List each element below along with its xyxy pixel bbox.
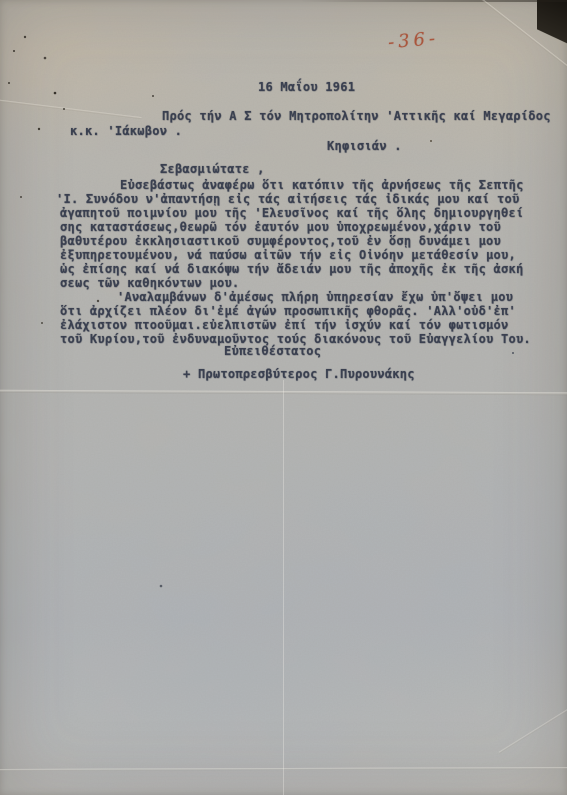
body-line: βαθυτέρου ἐκκλησιαστικοῦ συμφέροντος,τοῦ… <box>60 234 524 248</box>
letter-body-paragraph-2: 'Αναλαμβάνων δ'ἀμέσως πλήρη ὑπηρεσίαν ἔχ… <box>60 290 531 346</box>
body-line: 'Ι. Συνόδου ν'ἀπαντήσῃ εἰς τάς αἰτήσεις … <box>56 192 524 206</box>
body-line: ὅτι ἀρχίζει πλέον δι'ἐμέ ἀγών προσωπικῆς… <box>60 304 531 318</box>
body-line: σεως τῶν καθηκόντων μου. <box>60 276 524 290</box>
recipient-city: Κηφισιάν . <box>327 139 402 153</box>
body-line: σης καταστάσεως,θεωρῶ τόν ἑαυτόν μου ὑπο… <box>60 220 524 234</box>
fold-crease-top-left <box>0 99 142 119</box>
signature-line: + Πρωτοπρεσβύτερος Γ.Πυρουνάκης <box>183 367 415 381</box>
letter-date: 16 Μαΐου 1961 <box>258 80 355 94</box>
top-edge-shadow <box>300 0 567 2</box>
paper-specks <box>0 0 2 2</box>
body-line: ὡς ἐπίσης καί νά διακόψω τήν ἄδειάν μου … <box>60 262 524 276</box>
recipient-line-1: Πρός τήν Α Σ τόν Μητροπολίτην 'Αττικῆς κ… <box>162 109 551 123</box>
salutation: Σεβασμιώτατε , <box>160 162 265 176</box>
recipient-line-2: κ.κ. 'Ιάκωβον . <box>70 124 182 138</box>
body-line: ἐξυπηρετουμένου, νά παύσω αἰτῶν τήν εἰς … <box>60 248 524 262</box>
fold-crease-bottom-right <box>499 688 567 753</box>
page-number-annotation: -36- <box>387 28 440 53</box>
body-line: ἐλάχιστον πτοοῦμαι.εὐελπιστῶν ἐπί τήν ἰσ… <box>60 318 531 332</box>
closing-valediction: Εὐπειθέστατος <box>224 344 321 358</box>
fold-crease-vertical <box>283 380 284 795</box>
body-line: ἀγαπητοῦ ποιμνίου μου τῆς 'Ελευσῖνος καί… <box>60 206 524 220</box>
letter-body-paragraph-1: Εὐσεβάστως ἀναφέρω ὅτι κατόπιν τῆς ἀρνήσ… <box>60 178 524 290</box>
body-line: Εὐσεβάστως ἀναφέρω ὅτι κατόπιν τῆς ἀρνήσ… <box>60 178 524 192</box>
body-line: 'Αναλαμβάνων δ'ἀμέσως πλήρη ὑπηρεσίαν ἔχ… <box>60 290 531 304</box>
scanned-letter-page: -36- 16 Μαΐου 1961 Πρός τήν Α Σ τόν Μητρ… <box>0 0 567 795</box>
